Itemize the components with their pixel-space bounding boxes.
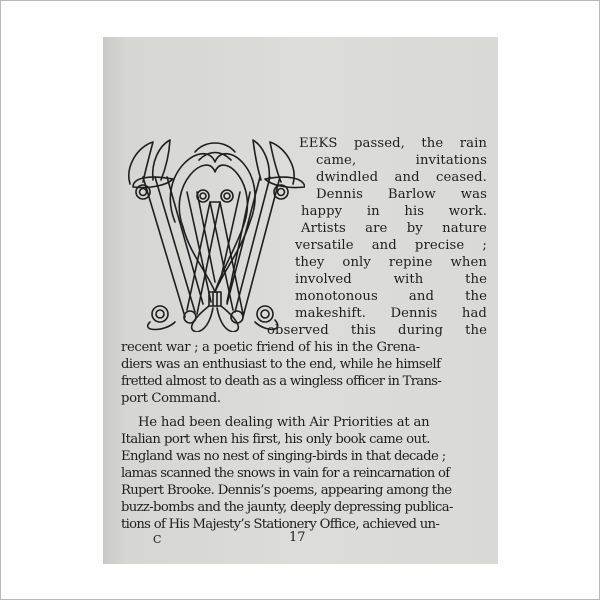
text-line: monotonousandthe (295, 288, 487, 305)
text-line: He had been dealing with Air Priorities … (138, 414, 429, 431)
text-line: happyinhiswork. (301, 203, 487, 220)
text-line: theyonlyrepinewhen (295, 254, 487, 271)
text-line: port Command. (121, 390, 221, 407)
text-line: England was no nest of singing-birds in … (121, 448, 446, 465)
text-line: observedthisduringthe (267, 322, 487, 339)
text-line: versatileandprecise; (295, 237, 487, 254)
text-line: came,invitations (316, 152, 487, 169)
text-line: makeshift.Dennishad (295, 305, 487, 322)
decorative-initial-w-icon (115, 132, 305, 332)
page-number: 17 (289, 530, 306, 545)
text-line: DennisBarlowwas (316, 186, 487, 203)
text-line: fretted almost to death as a wingless of… (121, 373, 441, 390)
text-line: dwindledandceased. (316, 169, 487, 186)
text-line: recent war ; a poetic friend of his in t… (121, 339, 420, 356)
text-line: EEKSpassed,therain (299, 135, 487, 152)
text-line: tions of His Majesty’s Stationery Office… (121, 516, 439, 533)
signature-mark: C (153, 533, 161, 546)
text-line: Rupert Brooke. Dennis’s poems, appearing… (121, 482, 451, 499)
book-page: EEKSpassed,therain came,invitations dwin… (103, 37, 498, 564)
text-line: Italian port when his first, his only bo… (121, 431, 430, 448)
text-line: buzz-bombs and the jaunty, deeply depres… (121, 499, 453, 516)
text-line: diers was an enthusiast to the end, whil… (121, 356, 440, 373)
text-line: involvedwiththe (295, 271, 487, 288)
text-line: lamas scanned the snows in vain for a re… (121, 465, 449, 482)
text-line: Artistsarebynature (301, 220, 487, 237)
